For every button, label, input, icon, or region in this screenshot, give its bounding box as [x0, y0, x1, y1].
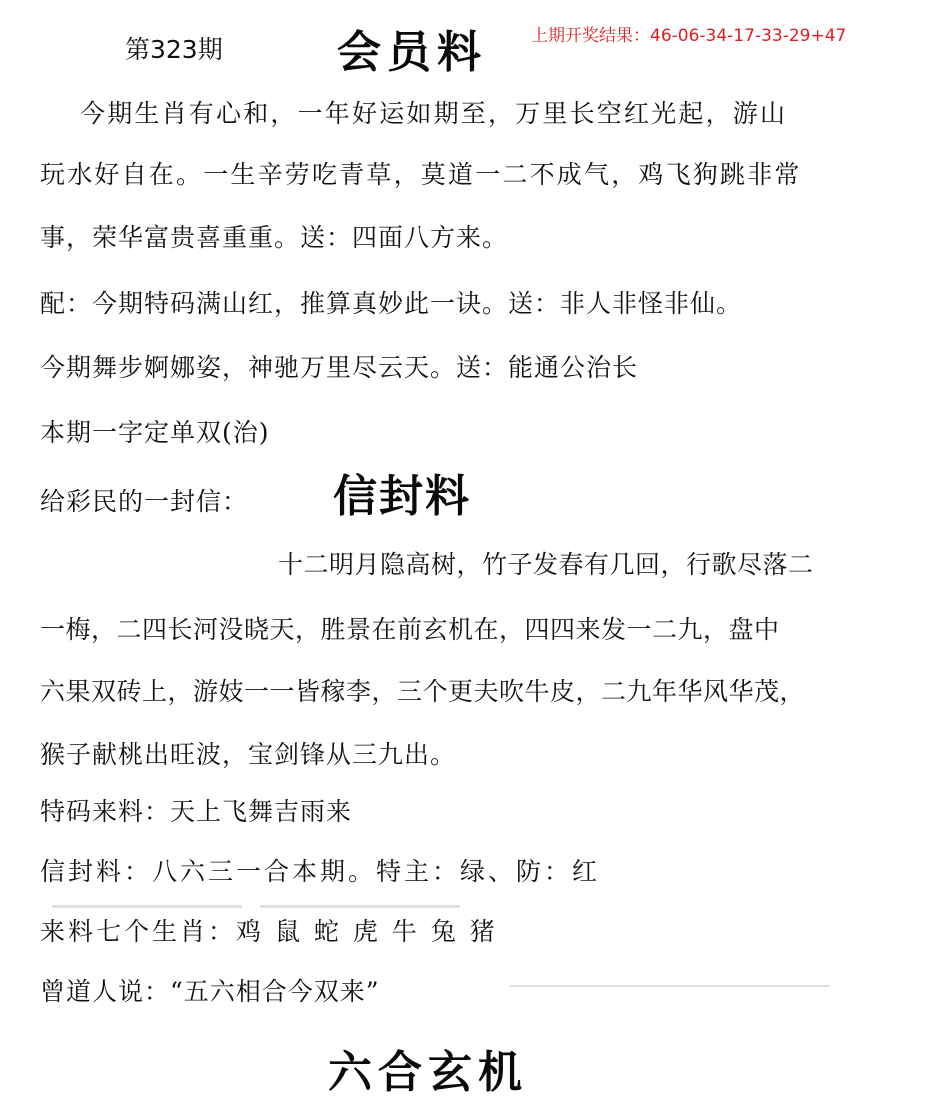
scan-artifact	[52, 905, 242, 908]
previous-result-numbers: 46-06-34-17-33-29+47	[650, 26, 846, 46]
member-line-odd-even: 本期一字定单双(治)	[40, 413, 270, 449]
previous-result-label: 上期开奖结果：	[531, 26, 650, 46]
member-line-3: 事，荣华富贵喜重重。送：四面八方来。	[40, 218, 508, 254]
member-material-title: 会员料	[337, 16, 487, 80]
letter-intro: 给彩民的一封信：	[40, 482, 248, 518]
special-code-source: 特码来料：天上飞舞吉雨来	[40, 792, 352, 828]
liuhe-mystery-title: 六合玄机	[328, 1036, 528, 1100]
scan-artifact	[260, 905, 460, 908]
poem-line-3: 六果双砖上，游妓一一皆稼李，三个更夫吹牛皮，二九年华风华茂，	[40, 672, 805, 708]
envelope-material-title: 信封料	[333, 460, 471, 524]
previous-draw-result: 上期开奖结果：46-06-34-17-33-29+47	[531, 21, 846, 46]
poem-line-2: 一梅，二四长河没晓天，胜景在前玄机在，四四来发一二九，盘中	[40, 610, 780, 646]
seven-zodiacs-line: 来料七个生肖：鸡 鼠 蛇 虎 牛 兔 猪	[40, 912, 498, 948]
member-line-pairing: 配：今期特码满山红，推算真妙此一诀。送：非人非怪非仙。	[40, 284, 742, 320]
poem-line-1: 十二明月隐高树，竹子发春有几回，行歌尽落二	[278, 545, 814, 581]
member-line-dance: 今期舞步婀娜姿，神驰万里尽云天。送：能通公治长	[40, 348, 638, 384]
member-line-1: 今期生肖有心和，一年好运如期至，万里长空红光起，游山	[80, 94, 787, 130]
scan-artifact	[510, 985, 830, 987]
issue-number: 第323期	[125, 30, 223, 66]
taoist-saying: 曾道人说：“五六相合今双来”	[40, 972, 380, 1008]
poem-line-4: 猴子献桃出旺波，宝剑锋从三九出。	[40, 735, 456, 771]
envelope-material-line: 信封料：八六三一合本期。特主：绿、防：红	[40, 852, 600, 888]
member-line-2: 玩水好自在。一生辛劳吃青草，莫道一二不成气，鸡飞狗跳非常	[40, 155, 802, 191]
